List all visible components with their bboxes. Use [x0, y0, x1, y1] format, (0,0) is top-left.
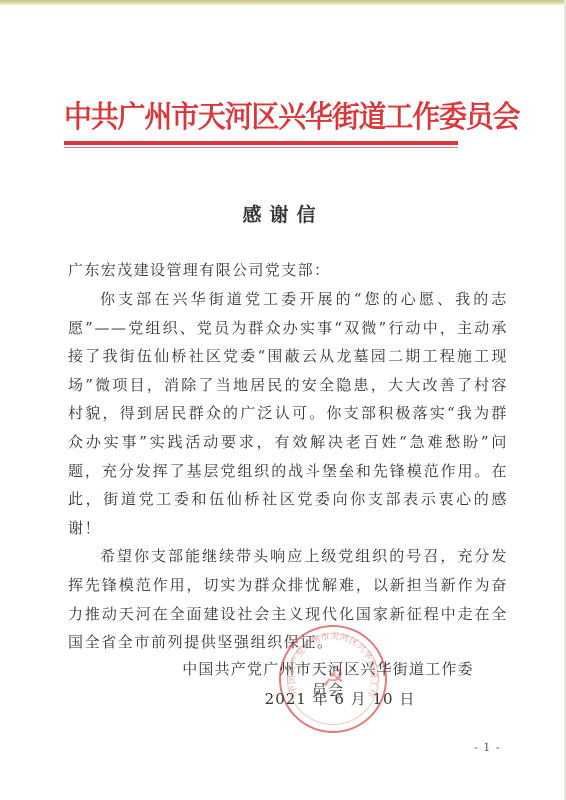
salutation: 广东宏茂建设管理有限公司党支部：	[68, 259, 330, 280]
letter-body: 你支部在兴华街道党工委开展的“您的心愿、我的志愿”——党组织、党员为群众办实事“…	[68, 285, 508, 657]
page-number: - 1 -	[474, 741, 500, 754]
body-paragraph-1: 你支部在兴华街道党工委开展的“您的心愿、我的志愿”——党组织、党员为群众办实事“…	[68, 285, 508, 542]
signature-date: 2021 年 6 月 10 日	[260, 688, 420, 709]
letterhead-title: 中共广州市天河区兴华街道工作委员会	[64, 92, 471, 136]
scan-edge	[0, 0, 566, 5]
letter-title: 感谢信	[0, 200, 566, 227]
letterhead-red-rule-thin	[64, 147, 458, 148]
letterhead-red-rule	[64, 141, 458, 145]
body-paragraph-2: 希望你支部能继续带头响应上级党组织的号召，充分发挥先锋模范作用，切实为群众排忧解…	[68, 542, 508, 656]
